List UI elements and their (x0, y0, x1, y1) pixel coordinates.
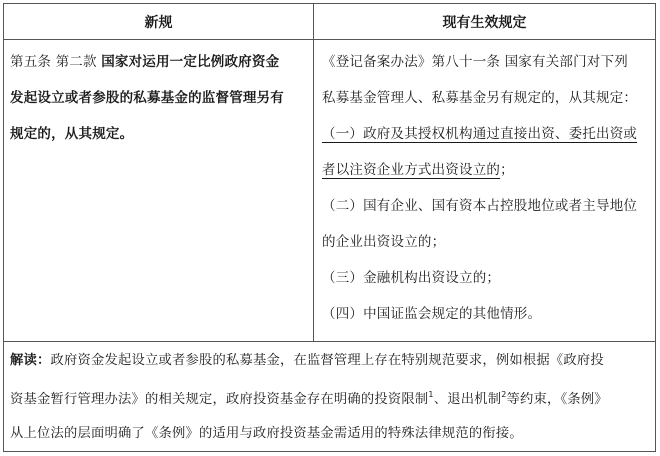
punctuation: ； (500, 162, 514, 178)
current-rule-item-2b: 的企业出资设立的； (322, 224, 649, 260)
article-reference: 第五条 第二款 (10, 54, 101, 70)
interpretation-line-2: 资基金暂行管理办法》的相关规定，政府投资基金存在明确的投资限制1、退出机制2等约… (10, 378, 649, 417)
new-rule-line-3: 规定的，从其规定。 (10, 116, 307, 152)
current-rule-line-1: 《登记备案办法》第八十一条 国家有关部门对下列 (322, 44, 649, 80)
header-current-rule: 现有生效规定 (314, 4, 655, 39)
new-rule-cell: 第五条 第二款 国家对运用一定比例政府资金 发起设立或者参股的私募基金的监督管理… (4, 40, 314, 341)
underlined-text: （一）政府及其授权机构通过直接出资、委托出资或 (322, 126, 637, 142)
table-header-row: 新规 现有生效规定 (4, 4, 655, 40)
new-rule-bold-text: 国家对运用一定比例政府资金 (101, 54, 279, 70)
current-rule-item-1b: 者以注资企业方式出资设立的； (322, 152, 649, 188)
current-rule-item-3: （三）金融机构出资设立的； (322, 260, 649, 296)
current-rule-line-2: 私募基金管理人、私募基金另有规定的，从其规定： (322, 80, 649, 116)
interpretation-label: 解读： (10, 353, 51, 368)
current-rule-item-1a: （一）政府及其授权机构通过直接出资、委托出资或 (322, 116, 649, 152)
new-rule-line-2: 发起设立或者参股的私募基金的监督管理另有 (10, 80, 307, 116)
interpretation-text: 资基金暂行管理办法》的相关规定，政府投资基金存在明确的投资限制 (10, 392, 428, 407)
underlined-text: 者以注资企业方式出资设立的 (322, 162, 500, 178)
current-rule-item-2a: （二）国有企业、国有资本占控股地位或者主导地位 (322, 188, 649, 224)
current-rule-cell: 《登记备案办法》第八十一条 国家有关部门对下列 私募基金管理人、私募基金另有规定… (314, 40, 655, 341)
interpretation-text: 政府资金发起设立或者参股的私募基金，在监督管理上存在特别规范要求，例如根据《政府… (51, 353, 604, 368)
new-rule-line-1: 第五条 第二款 国家对运用一定比例政府资金 (10, 44, 307, 80)
interpretation-text: 等约束，《条例》 (506, 392, 607, 407)
interpretation-text: 、退出机制 (434, 392, 501, 407)
interpretation-line-3: 从上位法的层面明确了《条例》的适用与政府投资基金需适用的特殊法律规范的衔接。 (10, 417, 649, 451)
current-rule-item-4: （四）中国证监会规定的其他情形。 (322, 296, 649, 332)
header-new-rule: 新规 (4, 4, 314, 39)
table-body-row: 第五条 第二款 国家对运用一定比例政府资金 发起设立或者参股的私募基金的监督管理… (4, 40, 655, 342)
interpretation-line-1: 解读：政府资金发起设立或者参股的私募基金，在监督管理上存在特别规范要求，例如根据… (10, 344, 649, 378)
comparison-table: 新规 现有生效规定 第五条 第二款 国家对运用一定比例政府资金 发起设立或者参股… (3, 3, 656, 452)
interpretation-row: 解读：政府资金发起设立或者参股的私募基金，在监督管理上存在特别规范要求，例如根据… (4, 342, 655, 451)
